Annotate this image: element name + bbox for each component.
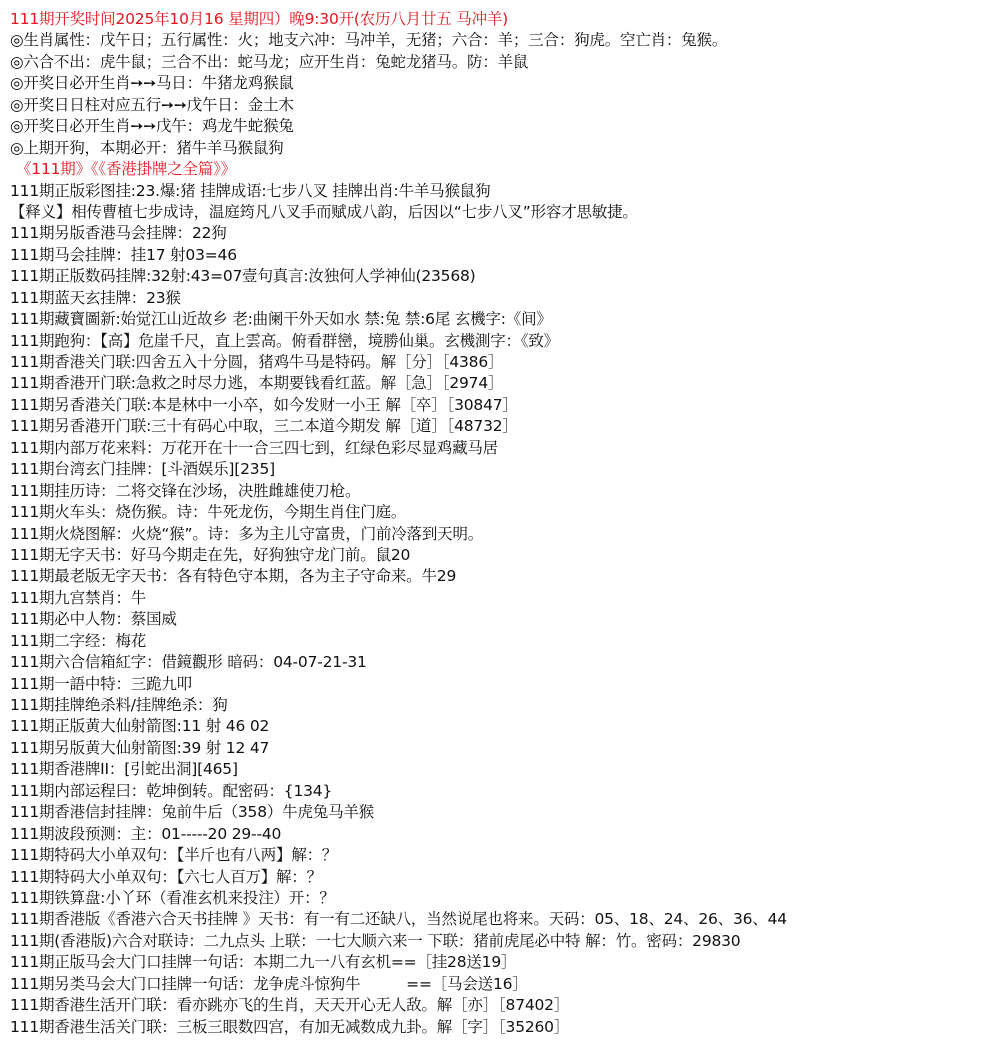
entry-line: 111期马会挂牌：挂17 射03=46 [10, 245, 1000, 266]
attribute-line: ◎生肖属性：戊午日；五行属性：火；地支六冲：马冲羊，无猪；六合：羊；三合：狗虎。… [10, 30, 1000, 51]
entry-line: 【释义】相传曹植七步成诗，温庭筠凡八叉手而赋成八韵，后因以“七步八叉”形容才思敏… [10, 202, 1000, 223]
attribute-line: ◎六合不出：虎牛鼠；三合不出：蛇马龙；应开生肖：兔蛇龙猪马。防：羊鼠 [10, 52, 1000, 73]
entry-line: 111期九宫禁肖：牛 [10, 588, 1000, 609]
entry-line: 111期另香港开门联:三十有码心中取，三二本道今期发 解［道］［48732］ [10, 416, 1000, 437]
entry-line: 111期铁算盘:小丫环（看准玄机来投注）开：？ [10, 888, 1000, 909]
entry-line: 111期一語中特：三跪九叩 [10, 674, 1000, 695]
entry-line: 111期火烧图解：火烧“猴”。诗：多为主儿守富贵，门前冷落到天明。 [10, 524, 1000, 545]
entry-line: 111期正版数码挂牌:32射:43=07壹句真言:汝独何人学神仙(23568) [10, 266, 1000, 287]
entry-line: 111期另版黄大仙射箭图:39 射 12 47 [10, 738, 1000, 759]
entries-list: 111期正版彩图挂:23.爆:猪 挂牌成语:七步八叉 挂牌出肖:牛羊马猴鼠狗 【… [10, 181, 1000, 1039]
attribute-line: ◎开奖日必开生肖➙➙马日：牛猪龙鸡猴鼠 [10, 73, 1000, 94]
entry-line: 111期无字天书：好马今期走在先，好狗独守龙门前。鼠20 [10, 545, 1000, 566]
entry-line: 111期藏寶圖新:始觉江山近故乡 老:曲阑干外天如水 禁:兔 禁:6尾 玄機字:… [10, 309, 1000, 330]
entry-line: 111期香港开门联:急救之时尽力逃，本期要钱看红蓝。解［急］［2974］ [10, 373, 1000, 394]
entry-line: 111期跑狗：【高】危崖千尺，直上雲高。俯看群巒，境勝仙巢。玄機測字：《致》 [10, 331, 1000, 352]
entry-line: 111期特码大小单双句：【六七人百万】解：？ [10, 867, 1000, 888]
entry-line: 111期台湾玄门挂牌：[斗酒娱乐][235] [10, 459, 1000, 480]
section-title: 《111期》《《香港掛牌之全篇》》 [10, 159, 1000, 180]
draw-time-header: 111期开奖时间2025年10月16 星期四）晚9:30开(农历八月廿五 马冲羊… [10, 9, 1000, 30]
entry-line: 111期二字经：梅花 [10, 631, 1000, 652]
entry-line: 111期内部运程曰：乾坤倒转。配密码：{134} [10, 781, 1000, 802]
attributes-list: ◎生肖属性：戊午日；五行属性：火；地支六冲：马冲羊，无猪；六合：羊；三合：狗虎。… [10, 30, 1000, 159]
entry-line: 111期最老版无字天书：各有特色守本期，各为主子守命来。牛29 [10, 566, 1000, 587]
entry-line: 111期香港版《香港六合天书挂牌 》天书：有一有二还缺八，当然说尾也将来。天码：… [10, 909, 1000, 930]
entry-line: 111期正版马会大门口挂牌一句话：本期二九一八有玄机==［挂28送19］ [10, 952, 1000, 973]
entry-line: 111期香港生活关门联：三板三眼数四宫，有加无减数成九卦。解［字］［35260］ [10, 1017, 1000, 1038]
entry-line: 111期正版彩图挂:23.爆:猪 挂牌成语:七步八叉 挂牌出肖:牛羊马猴鼠狗 [10, 181, 1000, 202]
entry-line: 111期香港牌II：[引蛇出洞][465] [10, 759, 1000, 780]
entry-line: 111期香港生活开门联：看亦跳亦飞的生肖，天天开心无人敌。解［亦］［87402］ [10, 995, 1000, 1016]
entry-line: 111期另香港关门联:本是林中一小卒，如今发财一小王 解［卒］［30847］ [10, 395, 1000, 416]
attribute-line: ◎开奖日必开生肖➙➙戊午：鸡龙牛蛇猴兔 [10, 116, 1000, 137]
entry-line: 111期特码大小单双句：【半斤也有八两】解：？ [10, 845, 1000, 866]
entry-line: 111期另版香港马会挂牌：22狗 [10, 223, 1000, 244]
entry-line: 111期蓝天玄挂牌：23猴 [10, 288, 1000, 309]
entry-line: 111期香港信封挂牌：兔前牛后（358）牛虎兔马羊猴 [10, 802, 1000, 823]
entry-line: 111期(香港版)六合对联诗：二九点头 上联：一七大顺六来一 下联：猪前虎尾必中… [10, 931, 1000, 952]
attribute-line: ◎上期开狗，本期必开：猪牛羊马猴鼠狗 [10, 138, 1000, 159]
entry-line: 111期波段预测：主：01-----20 29--40 [10, 824, 1000, 845]
entry-line: 111期香港关门联:四舍五入十分圆，猪鸡牛马是特码。解［分］［4386］ [10, 352, 1000, 373]
entry-line: 111期另类马会大门口挂牌一句话：龙争虎斗惊狗牛 ==［马会送16］ [10, 974, 1000, 995]
entry-line: 111期内部万花来料：万花开在十一合三四七到，红绿色彩尽显鸡藏马居 [10, 438, 1000, 459]
document-body: 111期开奖时间2025年10月16 星期四）晚9:30开(农历八月廿五 马冲羊… [0, 0, 1000, 1038]
entry-line: 111期必中人物：蔡国威 [10, 609, 1000, 630]
entry-line: 111期挂牌绝杀料/挂牌绝杀：狗 [10, 695, 1000, 716]
entry-line: 111期火车头：烧伤猴。诗：牛死龙伤，今期生肖住门庭。 [10, 502, 1000, 523]
entry-line: 111期挂历诗：二将交锋在沙场，决胜雌雄使刀枪。 [10, 481, 1000, 502]
entry-line: 111期六合信箱紅字：借鏡觀形 暗码：04-07-21-31 [10, 652, 1000, 673]
attribute-line: ◎开奖日日柱对应五行➙➙戊午日：金土木 [10, 95, 1000, 116]
entry-line: 111期正版黄大仙射箭图:11 射 46 02 [10, 716, 1000, 737]
